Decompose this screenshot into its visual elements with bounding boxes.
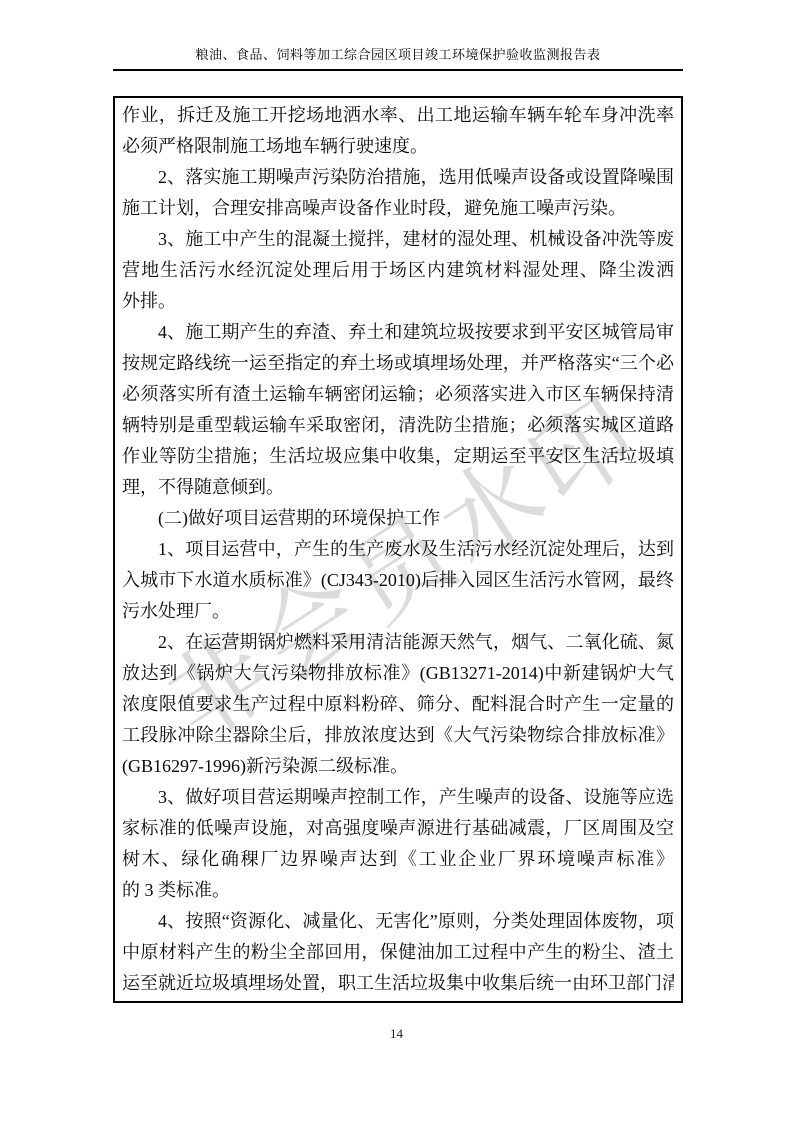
text-line: 必须落实所有渣土运输车辆密闭运输；必须落实进入市区车辆保持清洁，卸货车: [122, 379, 674, 410]
text-line: 理，不得随意倾到。: [122, 472, 674, 503]
text-line: 工段脉冲除尘器除尘后，排放浓度达到《大气污染物综合排放标准》: [122, 720, 674, 751]
doc-title: 粮油、食品、饲料等加工综合园区项目竣工环境保护验收监测报告表: [113, 44, 683, 63]
text-line: 外排。: [122, 286, 674, 317]
text-line: 的 3 类标准。: [122, 875, 674, 906]
text-line: 放达到《锅炉大气污染物排放标准》(GB13271-2014)中新建锅炉大气污染物…: [122, 658, 674, 689]
table-body: 作业，拆迁及施工开挖场地洒水率、出工地运输车辆车轮车身冲洗率均达 100%；必须…: [122, 100, 674, 999]
text-line: 4、施工期产生的弃渣、弃土和建筑垃圾按要求到平安区城管局审核备案，: [122, 317, 674, 348]
text-line: 3、施工中产生的混凝土搅拌，建材的湿处理、机械设备冲洗等废水及施工: [122, 224, 674, 255]
text-line: 作业，拆迁及施工开挖场地洒水率、出工地运输车辆车轮车身冲洗率均达 100%；: [122, 100, 674, 131]
text-line: 中原材料产生的粉尘全部回用，保健油加工过程中产生的粉尘、渣土集中收集后: [122, 937, 674, 968]
text-line: 污水处理厂。: [122, 596, 674, 627]
text-line: 营地生活污水经沉淀处理后用于场区内建筑材料湿处理、降尘泼洒等，不得随意: [122, 255, 674, 286]
text-line: 辆特别是重型载运输车采取密闭，清洗防尘措施；必须落实城区道路洒水、清洁: [122, 410, 674, 441]
text-line: 入城市下水道水质标准》(CJ343-2010)后排入园区生活污水管网，最终排入园…: [122, 565, 674, 596]
text-line: 施工计划，合理安排高噪声设备作业时段，避免施工噪声污染。: [122, 193, 674, 224]
doc-header: 粮油、食品、饲料等加工综合园区项目竣工环境保护验收监测报告表: [113, 44, 683, 63]
text-line: 1、项目运营中，产生的生产废水及生活污水经沉淀处理后，达到《污水排: [122, 534, 674, 565]
text-line: 3、做好项目营运期噪声控制工作，产生噪声的设备、设施等应选用满足国: [122, 782, 674, 813]
text-line: 作业等防尘措施；生活垃圾应集中收集，定期运至平安区生活垃圾填埋场填埋处: [122, 441, 674, 472]
text-line: 按规定路线统一运至指定的弃土场或填埋场处理，并严格落实“三个必须”，即: [122, 348, 674, 379]
text-line: 运至就近垃圾填埋场处置，职工生活垃圾集中收集后统一由环卫部门清运处理。: [122, 968, 674, 999]
text-line: 2、落实施工期噪声污染防治措施，选用低噪声设备或设置降噪围栏，制定: [122, 162, 674, 193]
text-line: 浓度限值要求生产过程中原料粉碎、筛分、配料混合时产生一定量的粉尘，经各: [122, 689, 674, 720]
text-line: 家标准的低噪声设施，对高强度噪声源进行基础减震，厂区周围及空闲地段种植: [122, 813, 674, 844]
text-line: 必须严格限制施工场地车辆行驶速度。: [122, 131, 674, 162]
text-line: (GB16297-1996)新污染源二级标准。: [122, 751, 674, 782]
text-line: 树木、绿化确稞厂边界噪声达到《工业企业厂界环境噪声标准》GB12348-2008…: [122, 844, 674, 875]
text-line: 2、在运营期锅炉燃料采用清洁能源天然气，烟气、二氧化硫、氮氧化物排: [122, 627, 674, 658]
page-number: 14: [0, 1026, 793, 1042]
text-line: 4、按照“资源化、减量化、无害化”原则，分类处理固体废物，项目运营: [122, 906, 674, 937]
text-line: (二)做好项目运营期的环境保护工作: [122, 503, 674, 534]
report-table: 作业，拆迁及施工开挖场地洒水率、出工地运输车辆车轮车身冲洗率均达 100%；必须…: [113, 96, 683, 1003]
header-rule: [113, 69, 683, 71]
